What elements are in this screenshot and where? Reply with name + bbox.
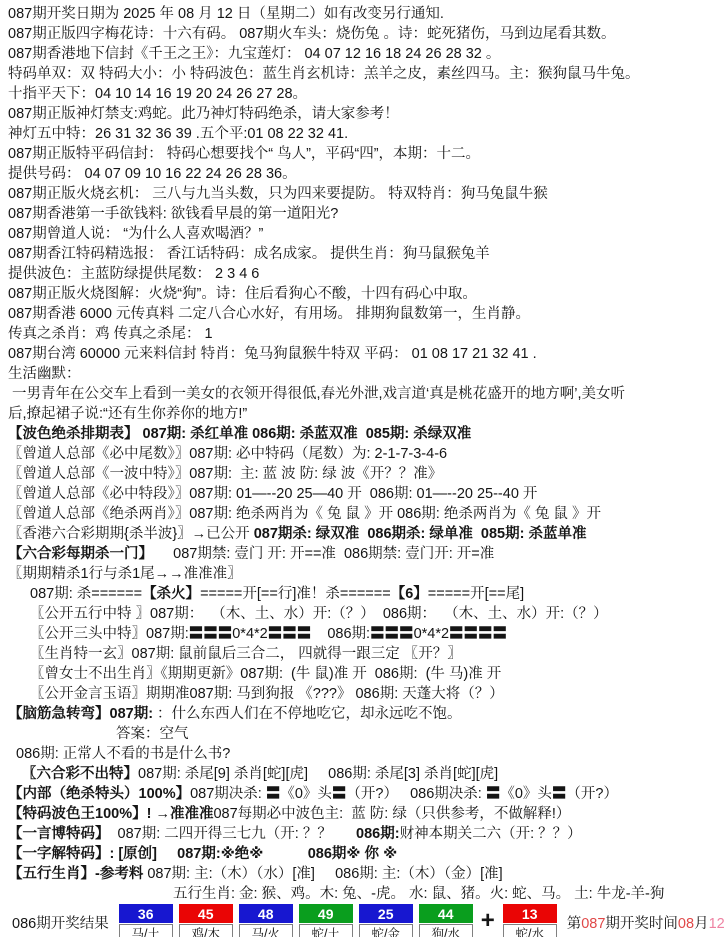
ball-zodiac-element: 马/火	[239, 924, 293, 937]
text-line: 五行生肖: 金: 猴、鸡。木: 兔、-虎。 水: 鼠、猪。火: 蛇、马。 土: …	[8, 884, 725, 904]
text-segment: 086期:	[356, 826, 400, 842]
text-segment: 087期正版火烧玄机： 三八与九当头数，只为四来要提防。 特双特肖：狗马兔鼠牛猴	[8, 186, 548, 202]
text-segment: 〓〓〓〓	[449, 626, 507, 642]
text-line: 087期开奖日期为 2025 年 08 月 12 日（星期二）如有改变另行通知.	[8, 4, 725, 24]
text-segment: 【脑筋急转弯】087期:	[8, 706, 153, 722]
text-line: 〖公开三头中特〗087期:〓〓〓0*4*2〓〓〓 086期:〓〓〓0*4*2〓〓…	[8, 624, 725, 644]
text-segment: 提供号码： 04 07 09 10 16 22 24 26 28 36。	[8, 166, 297, 182]
text-line: 后,撩起裙子说:“还有生你养你的地方!”	[8, 404, 725, 424]
text-line: 087期正版特平码信封： 特码心想要找个“ 鸟人”，平码“四”，本期：十二。	[8, 144, 725, 164]
ball-zodiac-element: 狗/水	[419, 924, 473, 937]
ball-zodiac-element: 马/土	[119, 924, 173, 937]
text-segment: 〖香港六合彩期期{杀半波}〗→已公开	[8, 526, 254, 542]
text-line: 【脑筋急转弯】087期: ：什么东西人们在不停地吃它，却永远吃不饱。	[8, 704, 725, 724]
text-line: 〖公开金言玉语〗期期准087期: 马到狗报 《???》 086期: 天蓬大将（？…	[8, 684, 725, 704]
text-segment: ：什么东西人们在不停地吃它，却永远吃不饱。	[153, 706, 462, 722]
text-line: 087期正版神灯禁支:鸡蛇。此乃神灯特码绝杀，请大家参考！	[8, 104, 725, 124]
text-segment: 一男青年在公交车上看到一美女的衣领开得很低,春光外泄,戏言道‘真是桃花盛开的地方…	[12, 386, 625, 402]
text-segment: 087期香港第一手欲钱料: 欲钱看早晨的第一道阳光?	[8, 206, 338, 222]
text-line: 【六合彩每期杀一门】 087期禁: 壹门 开: 开==准 086期禁: 壹门开:…	[8, 544, 725, 564]
text-segment: 087期杀: 绿双准 086期杀: 绿单准 085期: 杀蓝单准	[254, 526, 587, 542]
text-segment: 提供波色：主蓝防绿提供尾数： 2 3 4 6	[8, 266, 259, 282]
result-balls: 36马/土45鸡/木48马/火49蛇/土25蛇/金44狗/水+13蛇/水	[119, 904, 557, 937]
ball-number: 44	[419, 904, 473, 923]
text-segment: 传真之杀肖：鸡 传真之杀尾： 1	[8, 326, 213, 342]
text-segment: 086期※ 你 ※	[308, 846, 397, 862]
text-segment: 087期开奖日期为 2025 年 08 月 12 日（星期二）如有改变另行通知.	[8, 6, 444, 22]
text-segment: 〓〓〓	[189, 626, 233, 642]
result-ball: 48马/火	[239, 904, 293, 937]
ball-number: 36	[119, 904, 173, 923]
text-segment: =====开[==行]准！杀======	[200, 586, 391, 602]
text-segment: 〖曾道人总部《一波中特》〗087期: 主: 蓝 波 防: 绿 波《开？？准》	[8, 466, 442, 482]
text-segment: 《0》头	[280, 786, 332, 802]
text-segment: 〖公开金言玉语〗期期准087期: 马到狗报 《???》 086期: 天蓬大将（？…	[30, 686, 504, 702]
text-line: 087期正版四字梅花诗：十六有码。 087期火车头：烧伤兔 。诗：蛇死猪伤，马到…	[8, 24, 725, 44]
text-segment: 〖曾道人总部《必中尾数》〗087期: 必中特码（尾数）为: 2-1-7-3-4-…	[8, 446, 447, 462]
text-segment: 087期:※绝※	[177, 846, 263, 862]
text-segment: 087期禁: 壹门 开: 开==准 086期禁: 壹门开: 开=准	[153, 546, 494, 562]
text-segment: 087期正版火烧图解：火烧“狗”。诗：住后看狗心不酸，十四有码心中取。	[8, 286, 477, 302]
text-segment: 〓〓〓	[268, 626, 312, 642]
text-line: 〖曾女士不出生肖〗《期期更新》087期: (牛 鼠)准 开 086期: (牛 马…	[8, 664, 725, 684]
ball-number: 48	[239, 904, 293, 923]
text-line: 086期: 正常人不看的书是什么书?	[8, 744, 725, 764]
text-segment: 后,撩起裙子说:“还有生你养你的地方!”	[8, 406, 247, 422]
text-line: 提供号码： 04 07 09 10 16 22 24 26 28 36。	[8, 164, 725, 184]
text-line: 〖六合彩不出特】087期: 杀尾[9] 杀肖[蛇][虎] 086期: 杀尾[3]…	[8, 764, 725, 784]
text-line: 生活幽默：	[8, 364, 725, 384]
text-segment: 087每期必中波色主: 蓝 防: 绿（只供参考，不做解释!）	[213, 806, 570, 822]
next-draw-info-segment: 第	[567, 916, 582, 932]
text-segment	[263, 846, 307, 862]
plus-sign: +	[481, 904, 495, 937]
ball-number: 49	[299, 904, 353, 923]
text-line: 〖曾道人总部《绝杀两肖》〗087期: 绝杀两肖为《 兔 鼠 》开 086期: 绝…	[8, 504, 725, 524]
text-segment: 087期正版特平码信封： 特码心想要找个“ 鸟人”，平码“四”，本期：十二。	[8, 146, 480, 162]
text-segment: 财神本期关二六（开: ？？）	[400, 826, 582, 842]
text-segment: 〖曾道人总部《必中特段》〗087期: 01—--20 25—40 开 086期:…	[8, 486, 537, 502]
text-line: 087期香港第一手欲钱料: 欲钱看早晨的第一道阳光?	[8, 204, 725, 224]
text-segment: 【波色绝杀排期表】 087期: 杀红单准 086期: 杀蓝双准 085期: 杀绿…	[8, 426, 471, 442]
text-segment: 〓〓〓	[370, 626, 414, 642]
text-segment: 0*4*2	[232, 626, 267, 642]
text-segment: 087期决杀:	[190, 786, 266, 802]
text-segment: 0*4*2	[414, 626, 449, 642]
text-segment: 087期香江特码精选报： 香江话特码：成名成家。 提供生肖：狗马鼠猴兔羊	[8, 246, 490, 262]
text-segment: 【6】	[391, 586, 428, 602]
text-line: 087期台湾 60000 元来料信封 特肖：兔马狗鼠猴牛特双 平码： 01 08…	[8, 344, 725, 364]
text-line: 087期正版火烧玄机： 三八与九当头数，只为四来要提防。 特双特肖：狗马兔鼠牛猴	[8, 184, 725, 204]
text-segment: 【五行生肖】-参考料	[8, 866, 143, 882]
text-segment: 〖六合彩不出特】	[22, 766, 138, 782]
text-line: 十指平天下：04 10 14 16 19 20 24 26 27 28。	[8, 84, 725, 104]
text-line: 〖曾道人总部《必中尾数》〗087期: 必中特码（尾数）为: 2-1-7-3-4-…	[8, 444, 725, 464]
ball-zodiac-element: 蛇/水	[503, 924, 557, 937]
results-label: 086期开奖结果	[12, 912, 109, 933]
text-line: 【波色绝杀排期表】 087期: 杀红单准 086期: 杀蓝双准 085期: 杀绿…	[8, 424, 725, 444]
text-segment: 087期正版神灯禁支:鸡蛇。此乃神灯特码绝杀，请大家参考！	[8, 106, 399, 122]
next-draw-info-segment: 期开奖时间	[605, 916, 678, 932]
text-segment: 生活幽默：	[8, 366, 81, 382]
text-line: 087期香港 6000 元传真料 二定八合心水好，有用场。 排期狗鼠数第一，生肖…	[8, 304, 725, 324]
text-segment: 五行生肖: 金: 猴、鸡。木: 兔、-虎。 水: 鼠、猪。火: 蛇、马。 土: …	[173, 886, 664, 902]
text-line: 087期香江特码精选报： 香江话特码：成名成家。 提供生肖：狗马鼠猴兔羊	[8, 244, 725, 264]
text-segment: 特码单双：双 特码大小：小 特码波色：蓝生肖玄机诗：羔羊之皮，素丝四马。主：猴狗…	[8, 66, 640, 82]
next-draw-info: 第087期开奖时间08月12日 星期二21:30	[567, 912, 725, 933]
text-segment: 【内部（绝杀特头）100%】	[8, 786, 190, 802]
text-segment: 087期: 杀======	[30, 586, 142, 602]
ball-number: 13	[503, 904, 557, 923]
text-line: 087期香港地下信封《千王之王》：九宝莲灯： 04 07 12 16 18 24…	[8, 44, 725, 64]
text-line: 答案：空气	[8, 724, 725, 744]
text-segment: 十指平天下：04 10 14 16 19 20 24 26 27 28。	[8, 86, 307, 102]
result-ball: 49蛇/土	[299, 904, 353, 937]
text-line: 〖公开五行中特 〗087期： （木、土、水）开:（？） 086期： （木、土、水…	[8, 604, 725, 624]
ball-number: 45	[179, 904, 233, 923]
text-segment: 【一字解特码】: [原创]	[8, 846, 157, 862]
next-draw-info-segment: 087	[581, 916, 605, 932]
text-segment: 087期台湾 60000 元来料信封 特肖：兔马狗鼠猴牛特双 平码： 01 08…	[8, 346, 537, 362]
text-line: 【内部（绝杀特头）100%】087期决杀: 〓《0》头〓（开?） 086期决杀:…	[8, 784, 725, 804]
text-segment: 087期香港地下信封《千王之王》：九宝莲灯： 04 07 12 16 18 24…	[8, 46, 500, 62]
text-segment: 087期香港 6000 元传真料 二定八合心水好，有用场。 排期狗鼠数第一，生肖…	[8, 306, 530, 322]
text-lines: 087期开奖日期为 2025 年 08 月 12 日（星期二）如有改变另行通知.…	[0, 0, 725, 904]
result-ball: 13蛇/水	[503, 904, 557, 937]
text-line: 087期正版火烧图解：火烧“狗”。诗：住后看狗心不酸，十四有码心中取。	[8, 284, 725, 304]
text-line: 〖期期精杀1行与杀1尾→→准准准〗	[8, 564, 725, 584]
text-segment: 〓	[332, 786, 347, 802]
text-segment: 【特码波色王100%】! →准准准	[8, 806, 213, 822]
text-segment: 〓	[486, 786, 501, 802]
text-segment: 〖曾女士不出生肖〗《期期更新》087期: (牛 鼠)准 开 086期: (牛 马…	[30, 666, 501, 682]
result-ball: 44狗/水	[419, 904, 473, 937]
text-segment	[157, 846, 177, 862]
text-segment: 086期: 正常人不看的书是什么书?	[16, 746, 230, 762]
text-line: 〖曾道人总部《必中特段》〗087期: 01—--20 25—40 开 086期:…	[8, 484, 725, 504]
result-ball: 45鸡/木	[179, 904, 233, 937]
text-line: 087期: 杀======【杀火】=====开[==行]准！杀======【6】…	[8, 584, 725, 604]
text-segment: 〓	[266, 786, 281, 802]
text-segment: 〖期期精杀1行与杀1尾→→准准准〗	[8, 566, 242, 582]
lottery-bulletin-page: 087期开奖日期为 2025 年 08 月 12 日（星期二）如有改变另行通知.…	[0, 0, 725, 937]
text-segment: 神灯五中特：26 31 32 36 39 .五个平:01 08 22 32 41…	[8, 126, 348, 142]
text-segment: 《0》头	[500, 786, 552, 802]
text-segment: 〖公开五行中特 〗087期： （木、土、水）开:（？） 086期： （木、土、水…	[30, 606, 608, 622]
text-line: 【一言博特码】 087期: 二四开得三七九（开: ？？ 086期:财神本期关二六…	[8, 824, 725, 844]
text-line: 【一字解特码】: [原创] 087期:※绝※ 086期※ 你 ※	[8, 844, 725, 864]
text-segment: 〓	[552, 786, 567, 802]
text-line: 087期曾道人说： “为什么人喜欢喝酒？”	[8, 224, 725, 244]
result-ball: 25蛇/金	[359, 904, 413, 937]
text-segment: 087期: 主:（木）（水）[准] 086期: 主:（木）（金）[准]	[143, 866, 502, 882]
text-segment: （开?） 086期决杀:	[346, 786, 485, 802]
text-line: 提供波色：主蓝防绿提供尾数： 2 3 4 6	[8, 264, 725, 284]
text-segment: 087期: 二四开得三七九（开: ？？	[110, 826, 357, 842]
text-segment: =====开[==尾]	[428, 586, 524, 602]
text-segment: （开?）	[566, 786, 618, 802]
next-draw-info-segment: 08	[678, 916, 694, 932]
text-line: 【五行生肖】-参考料 087期: 主:（木）（水）[准] 086期: 主:（木）…	[8, 864, 725, 884]
text-line: 【特码波色王100%】! →准准准087每期必中波色主: 蓝 防: 绿（只供参考…	[8, 804, 725, 824]
text-segment: 【一言博特码】	[8, 826, 110, 842]
text-line: 神灯五中特：26 31 32 36 39 .五个平:01 08 22 32 41…	[8, 124, 725, 144]
text-segment: 〖公开三头中特〗087期:	[30, 626, 189, 642]
text-segment: 【六合彩每期杀一门】	[8, 546, 153, 562]
text-line: 〖香港六合彩期期{杀半波}〗→已公开 087期杀: 绿双准 086期杀: 绿单准…	[8, 524, 725, 544]
next-draw-info-segment: 12	[709, 916, 725, 932]
ball-number: 25	[359, 904, 413, 923]
text-segment: 〖生肖特一玄〗087期: 鼠前鼠后三合二， 四就得一跟三定 〖开？〗	[30, 646, 462, 662]
text-segment: 【杀火】	[142, 586, 200, 602]
text-segment: 〖曾道人总部《绝杀两肖》〗087期: 绝杀两肖为《 兔 鼠 》开 086期: 绝…	[8, 506, 601, 522]
text-line: 〖曾道人总部《一波中特》〗087期: 主: 蓝 波 防: 绿 波《开？？准》	[8, 464, 725, 484]
text-segment: 答案：空气	[116, 726, 189, 742]
ball-zodiac-element: 鸡/木	[179, 924, 233, 937]
text-segment: 087期曾道人说： “为什么人喜欢喝酒？”	[8, 226, 263, 242]
text-segment: 087期: 杀尾[9] 杀肖[蛇][虎] 086期: 杀尾[3] 杀肖[蛇][虎…	[138, 766, 498, 782]
text-line: 一男青年在公交车上看到一美女的衣领开得很低,春光外泄,戏言道‘真是桃花盛开的地方…	[8, 384, 725, 404]
text-segment: 086期:	[311, 626, 370, 642]
text-segment: 087期正版四字梅花诗：十六有码。 087期火车头：烧伤兔 。诗：蛇死猪伤，马到…	[8, 26, 615, 42]
text-line: 传真之杀肖：鸡 传真之杀尾： 1	[8, 324, 725, 344]
ball-zodiac-element: 蛇/土	[299, 924, 353, 937]
result-ball: 36马/土	[119, 904, 173, 937]
ball-zodiac-element: 蛇/金	[359, 924, 413, 937]
draw-results-bar: 086期开奖结果 36马/土45鸡/木48马/火49蛇/土25蛇/金44狗/水+…	[0, 904, 725, 937]
text-line: 特码单双：双 特码大小：小 特码波色：蓝生肖玄机诗：羔羊之皮，素丝四马。主：猴狗…	[8, 64, 725, 84]
next-draw-info-segment: 月	[694, 916, 709, 932]
text-line: 〖生肖特一玄〗087期: 鼠前鼠后三合二， 四就得一跟三定 〖开？〗	[8, 644, 725, 664]
